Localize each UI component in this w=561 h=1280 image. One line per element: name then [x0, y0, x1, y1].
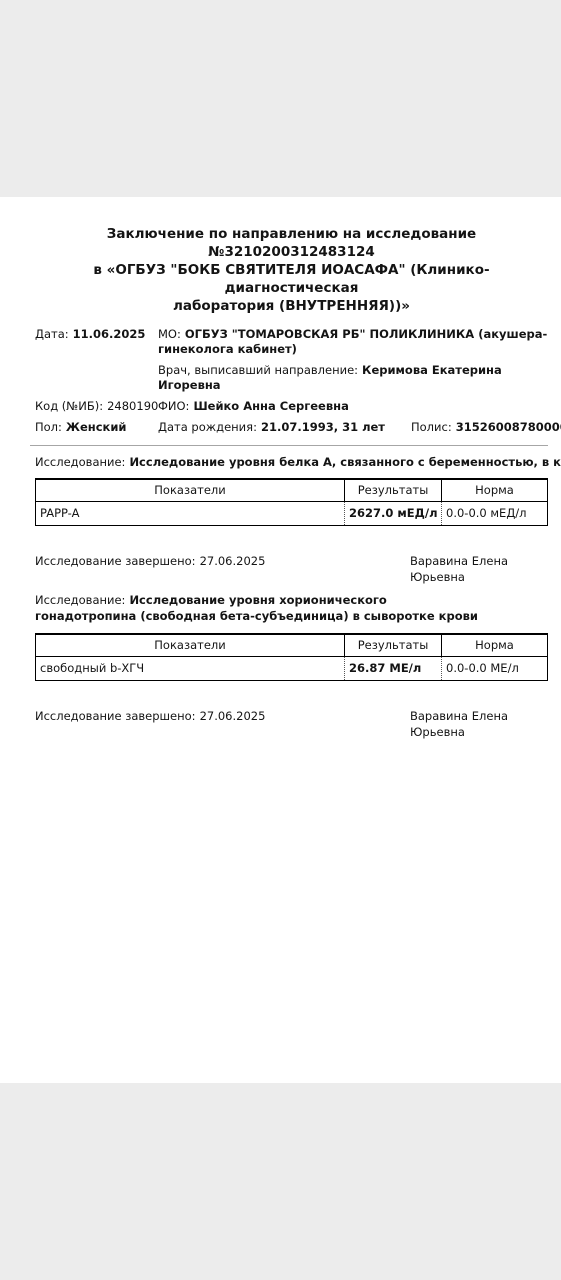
- table-1-result: 2627.0 мЕД/л: [345, 502, 442, 526]
- table-1-col-norm: Норма: [442, 479, 548, 502]
- table-2-col-results: Результаты: [345, 634, 442, 657]
- study-2-label: Исследование:: [35, 593, 125, 607]
- birthdate-field: Дата рождения:21.07.1993, 31 лет: [158, 420, 385, 435]
- mo-field: МО:ОГБУЗ "ТОМАРОВСКАЯ РБ" ПОЛИКЛИНИКА (а…: [158, 327, 548, 357]
- patient-metadata: Дата:11.06.2025 МО:ОГБУЗ "ТОМАРОВСКАЯ РБ…: [35, 327, 548, 435]
- gender-value: Женский: [66, 420, 127, 434]
- code-label: Код (№ИБ):: [35, 399, 103, 413]
- study-2-completed-date: 27.06.2025: [200, 709, 266, 723]
- gender-field: Пол:Женский: [35, 420, 158, 435]
- results-table-1: Показатели Результаты Норма PAPP-A 2627.…: [35, 478, 548, 526]
- meta-row-gender-birth-policy: Пол:Женский Дата рождения:21.07.1993, 31…: [35, 420, 548, 435]
- study-1-completed-label: Исследование завершено:: [35, 554, 196, 568]
- page-title: Заключение по направлению на исследовани…: [35, 225, 548, 315]
- study-1-signer: Варавина Елена Юрьевна: [410, 553, 548, 585]
- fio-label: ФИО:: [158, 399, 189, 413]
- table-1-norm: 0.0-0.0 мЕД/л: [442, 502, 548, 526]
- code-value: 2480190: [107, 399, 158, 413]
- study-1-title: Исследование:Исследование уровня белка А…: [35, 455, 561, 470]
- study-2-name-line1: Исследование уровня хорионического: [129, 593, 386, 607]
- study-2-signer: Варавина Елена Юрьевна: [410, 708, 548, 740]
- date-value: 11.06.2025: [73, 327, 146, 341]
- mo-label: МО:: [158, 327, 181, 341]
- study-1-completed: Исследование завершено:27.06.2025 Варави…: [35, 553, 548, 585]
- page-title-line3: лаборатория (ВНУТРЕННЯЯ))»: [35, 297, 548, 315]
- mo-value: ОГБУЗ "ТОМАРОВСКАЯ РБ" ПОЛИКЛИНИКА (акуш…: [158, 327, 547, 356]
- study-1-name: Исследование уровня белка А, связанного …: [129, 455, 561, 469]
- meta-row-code-fio: Код (№ИБ):2480190 ФИО:Шейко Анна Сергеев…: [35, 399, 548, 414]
- document-page: Заключение по направлению на исследовани…: [0, 197, 561, 1083]
- results-table-2: Показатели Результаты Норма свободный b-…: [35, 633, 548, 681]
- doctor-label: Врач, выписавший направление:: [158, 363, 358, 377]
- birthdate-value: 21.07.1993, 31 лет: [261, 420, 385, 434]
- table-2-result: 26.87 МЕ/л: [345, 657, 442, 681]
- code-field: Код (№ИБ):2480190: [35, 399, 158, 414]
- table-row: PAPP-A 2627.0 мЕД/л 0.0-0.0 мЕД/л: [36, 502, 548, 526]
- fio-value: Шейко Анна Сергеевна: [193, 399, 348, 413]
- table-2-norm: 0.0-0.0 МЕ/л: [442, 657, 548, 681]
- study-1-label: Исследование:: [35, 455, 125, 469]
- study-2-completed: Исследование завершено:27.06.2025 Варави…: [35, 708, 548, 740]
- date-label: Дата:: [35, 327, 69, 341]
- birthdate-label: Дата рождения:: [158, 420, 257, 434]
- policy-value: 3152600878000030: [456, 420, 561, 434]
- study-2-title: Исследование:Исследование уровня хориони…: [35, 593, 561, 608]
- meta-row-doctor: Врач, выписавший направление:Керимова Ек…: [35, 363, 548, 393]
- page-title-line2: в «ОГБУЗ "БОКБ СВЯТИТЕЛЯ ИОАСАФА" (Клини…: [35, 261, 548, 297]
- table-2-col-indicators: Показатели: [36, 634, 345, 657]
- table-2-header-row: Показатели Результаты Норма: [36, 634, 548, 657]
- table-1-col-results: Результаты: [345, 479, 442, 502]
- study-2-completed-text: Исследование завершено:27.06.2025: [35, 708, 410, 740]
- study-2-name-line2: гонадотропина (свободная бета-субъединиц…: [35, 609, 561, 624]
- doctor-field: Врач, выписавший направление:Керимова Ек…: [158, 363, 548, 393]
- table-1-indicator: PAPP-A: [36, 502, 345, 526]
- table-2-indicator: свободный b-ХГЧ: [36, 657, 345, 681]
- study-2-completed-label: Исследование завершено:: [35, 709, 196, 723]
- table-2-col-norm: Норма: [442, 634, 548, 657]
- page-title-line1: Заключение по направлению на исследовани…: [35, 225, 548, 261]
- gender-label: Пол:: [35, 420, 62, 434]
- table-row: свободный b-ХГЧ 26.87 МЕ/л 0.0-0.0 МЕ/л: [36, 657, 548, 681]
- policy-label: Полис:: [411, 420, 452, 434]
- section-divider: [30, 445, 548, 446]
- table-1-header-row: Показатели Результаты Норма: [36, 479, 548, 502]
- table-1-col-indicators: Показатели: [36, 479, 345, 502]
- study-1-completed-date: 27.06.2025: [200, 554, 266, 568]
- study-1-completed-text: Исследование завершено:27.06.2025: [35, 553, 410, 585]
- bottom-gray-band: [0, 1083, 561, 1280]
- policy-field: Полис:3152600878000030: [411, 420, 561, 435]
- top-gray-band: [0, 0, 561, 197]
- date-field: Дата:11.06.2025: [35, 327, 158, 357]
- meta-row-date-mo: Дата:11.06.2025 МО:ОГБУЗ "ТОМАРОВСКАЯ РБ…: [35, 327, 548, 357]
- fio-field: ФИО:Шейко Анна Сергеевна: [158, 399, 548, 414]
